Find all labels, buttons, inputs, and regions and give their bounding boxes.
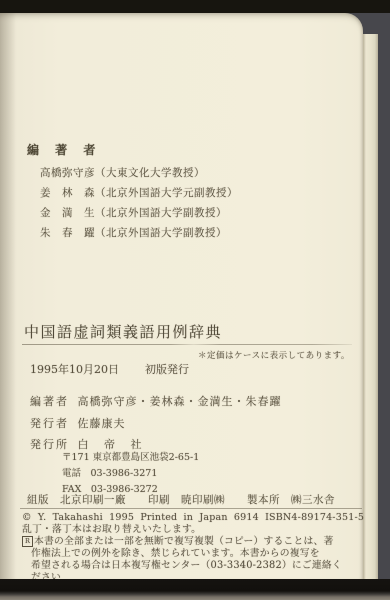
colophon-row-editors: 編著者 高橋弥守彦・姜林森・金満生・朱春躍: [30, 393, 282, 409]
author-line: 金 満 生（北京外国語大学副教授）: [40, 203, 238, 223]
title-rule: [22, 344, 352, 345]
reproduction-notice-line: R本書の全部または一部を無断で複写複製（コピー）することは、著: [22, 536, 364, 548]
colophon-label: 編著者: [30, 393, 74, 409]
copyright-rule: [20, 508, 362, 509]
edition-label: 初版発行: [145, 363, 189, 376]
page-fore-edge: [363, 34, 378, 580]
publication-date: 1995年10月20日: [30, 363, 119, 376]
editors-heading: 編 著 者: [27, 141, 101, 158]
colophon-value: 佐藤康夫: [78, 417, 126, 430]
colophon-page: 編 著 者 高橋弥守彦（大東文化大学教授） 姜 林 森（北京外国語大学元副教授）…: [0, 13, 363, 579]
author-line: 姜 林 森（北京外国語大学元副教授）: [40, 183, 238, 203]
publisher-address-block: 〒171 東京都豊島区池袋2-65-1 電話 03-3986-3271 FAX …: [62, 450, 199, 498]
edition-line: 1995年10月20日初版発行: [30, 361, 189, 377]
reproduction-notice-line: 作権法上での例外を除き、禁じられています。本書からの複写を: [22, 548, 364, 560]
colophon-value: 高橋弥守彦・姜林森・金満生・朱春躍: [78, 395, 282, 408]
copyright-block: © Y. Takahashi 1995 Printed in Japan 691…: [22, 512, 364, 584]
copyright-isbn-line: © Y. Takahashi 1995 Printed in Japan 691…: [22, 512, 364, 524]
photo-crop-bottom: [0, 579, 390, 600]
author-line: 朱 春 躍（北京外国語大学副教授）: [40, 223, 238, 243]
colophon-row-publisher-person: 発行者 佐藤康夫: [30, 415, 126, 431]
price-note: ＊定価はケースに表示してあります。: [198, 349, 350, 361]
book-colophon-photo: 編 著 者 高橋弥守彦（大東文化大学教授） 姜 林 森（北京外国語大学元副教授）…: [0, 0, 390, 600]
production-credits: 組版 北京印刷一廠 印刷 暁印刷㈱ 製本所 ㈱三水舎: [27, 492, 335, 507]
author-line: 高橋弥守彦（大東文化大学教授）: [40, 163, 238, 183]
postal-address: 〒171 東京都豊島区池袋2-65-1: [62, 450, 199, 466]
phone-number: 電話 03-3986-3271: [62, 466, 199, 482]
author-list: 高橋弥守彦（大東文化大学教授） 姜 林 森（北京外国語大学元副教授） 金 満 生…: [40, 163, 238, 243]
colophon-label: 発行者: [30, 415, 74, 431]
gutter-shadow: [0, 13, 16, 579]
exchange-notice: 乱丁・落丁本はお取り替えいたします。: [22, 524, 364, 536]
jrrc-mark-icon: R: [22, 536, 33, 547]
photo-crop-top: [0, 0, 390, 13]
book-title: 中国語虚詞類義語用例辞典: [24, 321, 222, 342]
reproduction-notice-line: 希望される場合は日本複写権センター（03-3340-2382）にご連絡く: [22, 560, 364, 572]
